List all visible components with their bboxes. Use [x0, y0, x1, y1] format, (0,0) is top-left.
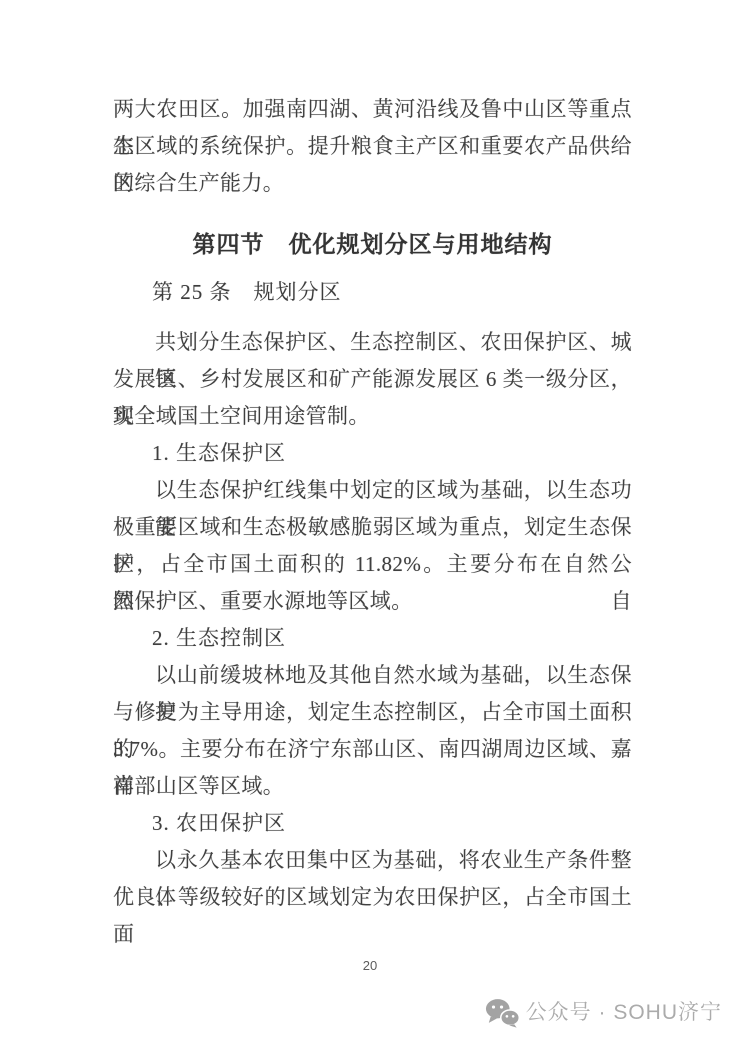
text-line: 3.7%。主要分布在济宁东部山区、南四湖周边区域、嘉祥 [113, 731, 632, 768]
text-line: 以山前缓坡林地及其他自然水域为基础，以生态保护 [113, 657, 632, 694]
document-page: 两大农田区。加强南四湖、黄河沿线及鲁中山区等重点生态区域的系统保护。提升粮食主产… [0, 0, 740, 1047]
text-line: 区，占全市国土面积的 11.82%。主要分布在自然公园、自 [113, 546, 632, 583]
document-body: 两大农田区。加强南四湖、黄河沿线及鲁中山区等重点生态区域的系统保护。提升粮食主产… [113, 91, 632, 916]
text-line: 的综合生产能力。 [113, 165, 632, 202]
paragraph: 两大农田区。加强南四湖、黄河沿线及鲁中山区等重点生态区域的系统保护。提升粮食主产… [113, 91, 632, 202]
numbered-subheading: 3. 农田保护区 [113, 805, 632, 842]
text-line: 态区域的系统保护。提升粮食主产区和重要农产品供给区 [113, 128, 632, 165]
paragraph: 共划分生态保护区、生态控制区、农田保护区、城镇发展区、乡村发展区和矿产能源发展区… [113, 324, 632, 435]
numbered-subheading: 1. 生态保护区 [113, 435, 632, 472]
text-line: 优良、等级较好的区域划定为农田保护区，占全市国土面 [113, 879, 632, 916]
publisher-watermark: 公众号 · SOHU济宁 [485, 997, 722, 1029]
text-line: 发展区、乡村发展区和矿产能源发展区 6 类一级分区，实 [113, 361, 632, 398]
paragraph: 以生态保护红线集中划定的区域为基础，以生态功能极重要区域和生态极敏感脆弱区域为重… [113, 472, 632, 620]
article-heading: 第 25 条 规划分区 [113, 274, 632, 311]
text-line: 共划分生态保护区、生态控制区、农田保护区、城镇 [113, 324, 632, 361]
page-number: 20 [0, 958, 740, 973]
paragraph: 以山前缓坡林地及其他自然水域为基础，以生态保护与修复为主导用途，划定生态控制区，… [113, 657, 632, 805]
paragraph: 以永久基本农田集中区为基础，将农业生产条件整体优良、等级较好的区域划定为农田保护… [113, 842, 632, 916]
text-line: 现全域国土空间用途管制。 [113, 398, 632, 435]
text-line: 极重要区域和生态极敏感脆弱区域为重点，划定生态保护 [113, 509, 632, 546]
section-heading: 第四节 优化规划分区与用地结构 [113, 225, 632, 263]
numbered-subheading: 2. 生态控制区 [113, 620, 632, 657]
text-line: 以永久基本农田集中区为基础，将农业生产条件整体 [113, 842, 632, 879]
wechat-icon [485, 998, 519, 1028]
text-line: 南部山区等区域。 [113, 768, 632, 805]
text-line: 与修复为主导用途，划定生态控制区，占全市国土面积的 [113, 694, 632, 731]
text-line: 两大农田区。加强南四湖、黄河沿线及鲁中山区等重点生 [113, 91, 632, 128]
watermark-label: 公众号 · SOHU济宁 [526, 997, 722, 1029]
text-line: 以生态保护红线集中划定的区域为基础，以生态功能 [113, 472, 632, 509]
